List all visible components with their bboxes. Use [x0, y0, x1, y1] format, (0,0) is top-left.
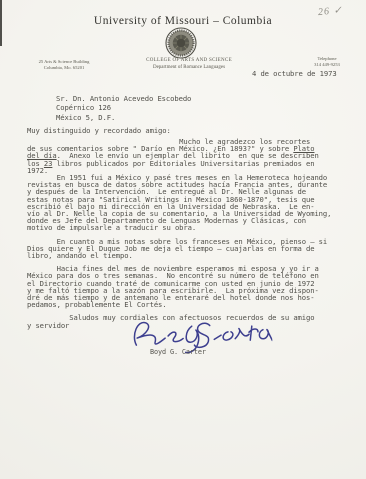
- university-seal-icon: [165, 27, 197, 59]
- letterhead-university-title: University of Missouri – Columbia: [0, 15, 366, 27]
- scanned-letter-page: 26 ✓ University of Missouri – Columbia 2…: [0, 0, 366, 479]
- paragraph-1: Mucho le agradezco los recortesde sus co…: [27, 138, 359, 174]
- salutation: Muy distinguido y recordado amigo:: [27, 127, 171, 134]
- paragraph-2: En 1951 fui a México y pasé tres meses e…: [27, 174, 359, 232]
- typed-signature-name: Boyd G. Carter: [150, 349, 206, 356]
- recipient-address-block: Sr. Dn. Antonio Acevedo EscobedoCopérnic…: [56, 94, 191, 122]
- paragraph-3: En cuanto a mis notas sobre los francese…: [27, 238, 359, 260]
- letterhead-telephone: Telephone314 449-9253: [294, 56, 360, 68]
- letterhead-college-department: COLLEGE OF ARTS AND SCIENCEDepartment of…: [124, 58, 254, 71]
- date-line: 4 de octubre de 1973: [252, 70, 337, 77]
- paragraph-4: Hacia fines del mes de noviembre esperam…: [27, 265, 359, 308]
- letterhead-address: 25 Arts & Science BuildingColumbia, Mo. …: [8, 59, 120, 71]
- letter-body: Mucho le agradezco los recortesde sus co…: [27, 138, 359, 329]
